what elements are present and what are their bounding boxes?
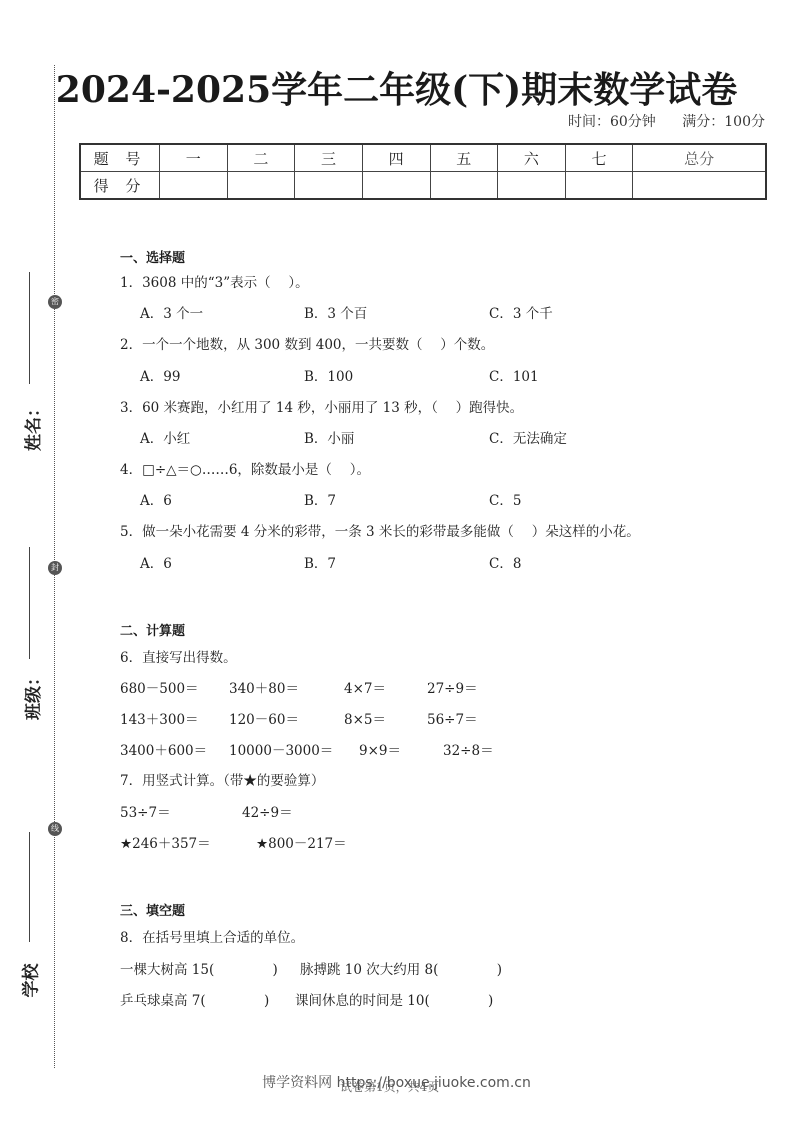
score-table-header-row: 题 号 一 二 三 四 五 六 七 总分: [80, 144, 766, 172]
section-1-title: 一、选择题: [120, 247, 185, 266]
calc-item: 42÷9＝: [242, 801, 293, 821]
calc-item: 680－500＝: [120, 677, 199, 697]
section-3-title: 三、填空题: [120, 900, 185, 919]
calc-item: 56÷7＝: [427, 708, 478, 728]
q1-option-b[interactable]: B．3 个百: [304, 302, 367, 322]
school-underline[interactable]: [29, 832, 30, 942]
q4-option-b[interactable]: B．7: [304, 489, 336, 509]
q3-option-a[interactable]: A．小红: [140, 427, 190, 447]
question-6: 6．直接写出得数。: [120, 646, 237, 666]
calc-item: ★800－217＝: [256, 832, 347, 852]
score-cell[interactable]: [362, 172, 430, 200]
q5-option-a[interactable]: A．6: [140, 552, 172, 572]
fill-item[interactable]: 乒乓球桌高 7( ): [120, 989, 269, 1009]
fill-item[interactable]: 脉搏跳 10 次大约用 8( ): [300, 958, 502, 978]
q1-option-a[interactable]: A．3 个一: [140, 302, 203, 322]
seal-mi-icon: 密: [48, 295, 62, 309]
calc-item: 27÷9＝: [427, 677, 478, 697]
question-7: 7．用竖式计算。（带★的要验算）: [120, 769, 324, 789]
q2-option-b[interactable]: B．100: [304, 365, 353, 385]
q4-option-c[interactable]: C．5: [489, 489, 521, 509]
col-header: 七: [565, 144, 633, 172]
q3-option-c[interactable]: C．无法确定: [489, 427, 567, 447]
calc-item: 3400＋600＝: [120, 739, 207, 759]
col-header: 六: [498, 144, 566, 172]
calc-item: 120－60＝: [229, 708, 299, 728]
score-cell-total[interactable]: [633, 172, 766, 200]
calc-item: 10000－3000＝: [229, 739, 333, 759]
exam-full-score: 满分：100分: [682, 114, 765, 130]
score-table: 题 号 一 二 三 四 五 六 七 总分 得 分: [79, 143, 767, 200]
col-header: 四: [362, 144, 430, 172]
footer: 试卷第1页，共4页 博学资料网 https://boxue.jiuoke.com…: [0, 1072, 793, 1092]
name-label: 姓名：: [19, 400, 44, 451]
calc-item: 9×9＝: [359, 739, 401, 759]
score-cell[interactable]: [160, 172, 228, 200]
calc-item: 53÷7＝: [120, 801, 171, 821]
seal-feng-icon: 封: [48, 561, 62, 575]
q5-option-c[interactable]: C．8: [489, 552, 521, 572]
calc-item: 32÷8＝: [443, 739, 494, 759]
score-cell[interactable]: [295, 172, 363, 200]
col-header-total: 总分: [633, 144, 766, 172]
q1-option-c[interactable]: C．3 个千: [489, 302, 553, 322]
question-number-label: 题 号: [80, 144, 160, 172]
col-header: 五: [430, 144, 498, 172]
q2-option-c[interactable]: C．101: [489, 365, 539, 385]
question-1: 1．3608 中的“3”表示（ ）。: [120, 271, 309, 291]
seal-xian-icon: 线: [48, 822, 62, 836]
calc-item: 340＋80＝: [229, 677, 299, 697]
question-5: 5．做一朵小花需要 4 分米的彩带，一条 3 米长的彩带最多能做（ ）朵这样的小…: [120, 520, 640, 540]
name-underline[interactable]: [29, 272, 30, 384]
calc-item: 143＋300＝: [120, 708, 199, 728]
q3-option-b[interactable]: B．小丽: [304, 427, 354, 447]
score-cell[interactable]: [565, 172, 633, 200]
question-8: 8．在括号里填上合适的单位。: [120, 926, 304, 946]
calc-item: ★246＋357＝: [120, 832, 211, 852]
class-label: 班级：: [19, 669, 44, 720]
exam-title: 2024-2025学年二年级(下)期末数学试卷: [0, 62, 793, 113]
q5-option-b[interactable]: B．7: [304, 552, 336, 572]
q4-option-a[interactable]: A．6: [140, 489, 172, 509]
score-cell[interactable]: [227, 172, 295, 200]
calc-item: 8×5＝: [344, 708, 386, 728]
fill-item[interactable]: 一棵大树高 15( ): [120, 958, 278, 978]
fill-item[interactable]: 课间休息的时间是 10( ): [295, 989, 493, 1009]
exam-meta: 时间：60分钟 满分：100分: [546, 111, 765, 131]
score-cell[interactable]: [498, 172, 566, 200]
q2-option-a[interactable]: A．99: [140, 365, 180, 385]
watermark-link[interactable]: 博学资料网 https://boxue.jiuoke.com.cn: [262, 1075, 531, 1091]
score-cell[interactable]: [430, 172, 498, 200]
school-label: 学校: [17, 964, 42, 998]
col-header: 二: [227, 144, 295, 172]
score-table-score-row: 得 分: [80, 172, 766, 200]
class-underline[interactable]: [29, 547, 30, 659]
section-2-title: 二、计算题: [120, 620, 185, 639]
question-3: 3．60 米赛跑，小红用了 14 秒，小丽用了 13 秒，（ ）跑得快。: [120, 396, 523, 416]
col-header: 三: [295, 144, 363, 172]
exam-time: 时间：60分钟: [568, 114, 656, 130]
calc-item: 4×7＝: [344, 677, 386, 697]
col-header: 一: [160, 144, 228, 172]
score-label: 得 分: [80, 172, 160, 200]
question-2: 2．一个一个地数，从 300 数到 400，一共要数（ ）个数。: [120, 333, 494, 353]
question-4: 4．□÷△＝○……6，除数最小是（ ）。: [120, 458, 370, 478]
